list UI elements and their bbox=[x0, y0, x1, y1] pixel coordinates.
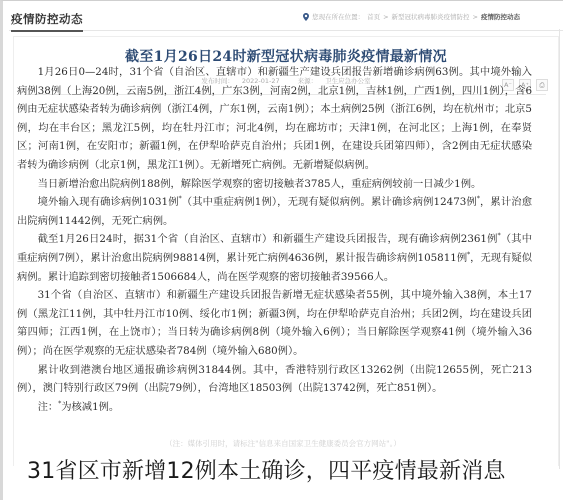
section-title: 疫情防控动态 bbox=[11, 11, 83, 32]
page-frame: 疫情防控动态 您现在所在位置： 首页 > 新型冠状病毒肺炎疫情防控 > 疫情防控… bbox=[0, 0, 563, 500]
note: 注：*为核减1例。 bbox=[17, 398, 532, 417]
paragraph: 截至1月26日24时，据31个省（自治区、直辖市）和新疆生产建设兵团报告，现有确… bbox=[17, 230, 532, 286]
location-pin-icon bbox=[303, 13, 309, 21]
paragraph: 累计收到港澳台地区通报确诊病例31844例。其中，香港特别行政区13262例（出… bbox=[17, 361, 532, 398]
image-caption: 31省区市新增12例本土确诊，四平疫情最新消息 bbox=[27, 457, 508, 487]
divider bbox=[559, 29, 560, 469]
breadcrumb: 您现在所在位置： 首页 > 新型冠状病毒肺炎疫情防控 > 疫情防控动态 bbox=[303, 12, 520, 21]
breadcrumb-current[interactable]: 疫情防控动态 bbox=[481, 12, 520, 21]
paragraph: 当日新增治愈出院病例188例，解除医学观察的密切接触者3785人，重症病例较前一… bbox=[17, 175, 532, 194]
print-icon: ⎙ bbox=[539, 81, 544, 90]
print-button[interactable]: ⎙ bbox=[536, 79, 548, 91]
article-body: 1月26日0—24时，31个省（自治区、直辖市）和新疆生产建设兵团报告新增确诊病… bbox=[17, 63, 532, 416]
paragraph: 境外输入现有确诊病例1031例*（其中重症病例1例），无现有疑似病例。累计确诊病… bbox=[17, 193, 532, 230]
breadcrumb-category[interactable]: 新型冠状病毒肺炎疫情防控 bbox=[392, 12, 470, 21]
breadcrumb-prefix: 您现在所在位置： bbox=[312, 12, 364, 21]
breadcrumb-separator: > bbox=[383, 13, 388, 21]
paragraph: 1月26日0—24时，31个省（自治区、直辖市）和新疆生产建设兵团报告新增确诊病… bbox=[17, 63, 532, 175]
citation-footnote: （注：媒体引用时，请标注"信息来自国家卫生健康委员会官方网站"。） bbox=[3, 438, 563, 449]
paragraph: 31个省（自治区、直辖市）和新疆生产建设兵团报告新增无症状感染者55例，其中境外… bbox=[17, 286, 532, 360]
breadcrumb-home[interactable]: 首页 bbox=[367, 12, 380, 21]
breadcrumb-separator: > bbox=[473, 13, 478, 21]
top-bar: 疫情防控动态 您现在所在位置： 首页 > 新型冠状病毒肺炎疫情防控 > 疫情防控… bbox=[9, 1, 563, 31]
